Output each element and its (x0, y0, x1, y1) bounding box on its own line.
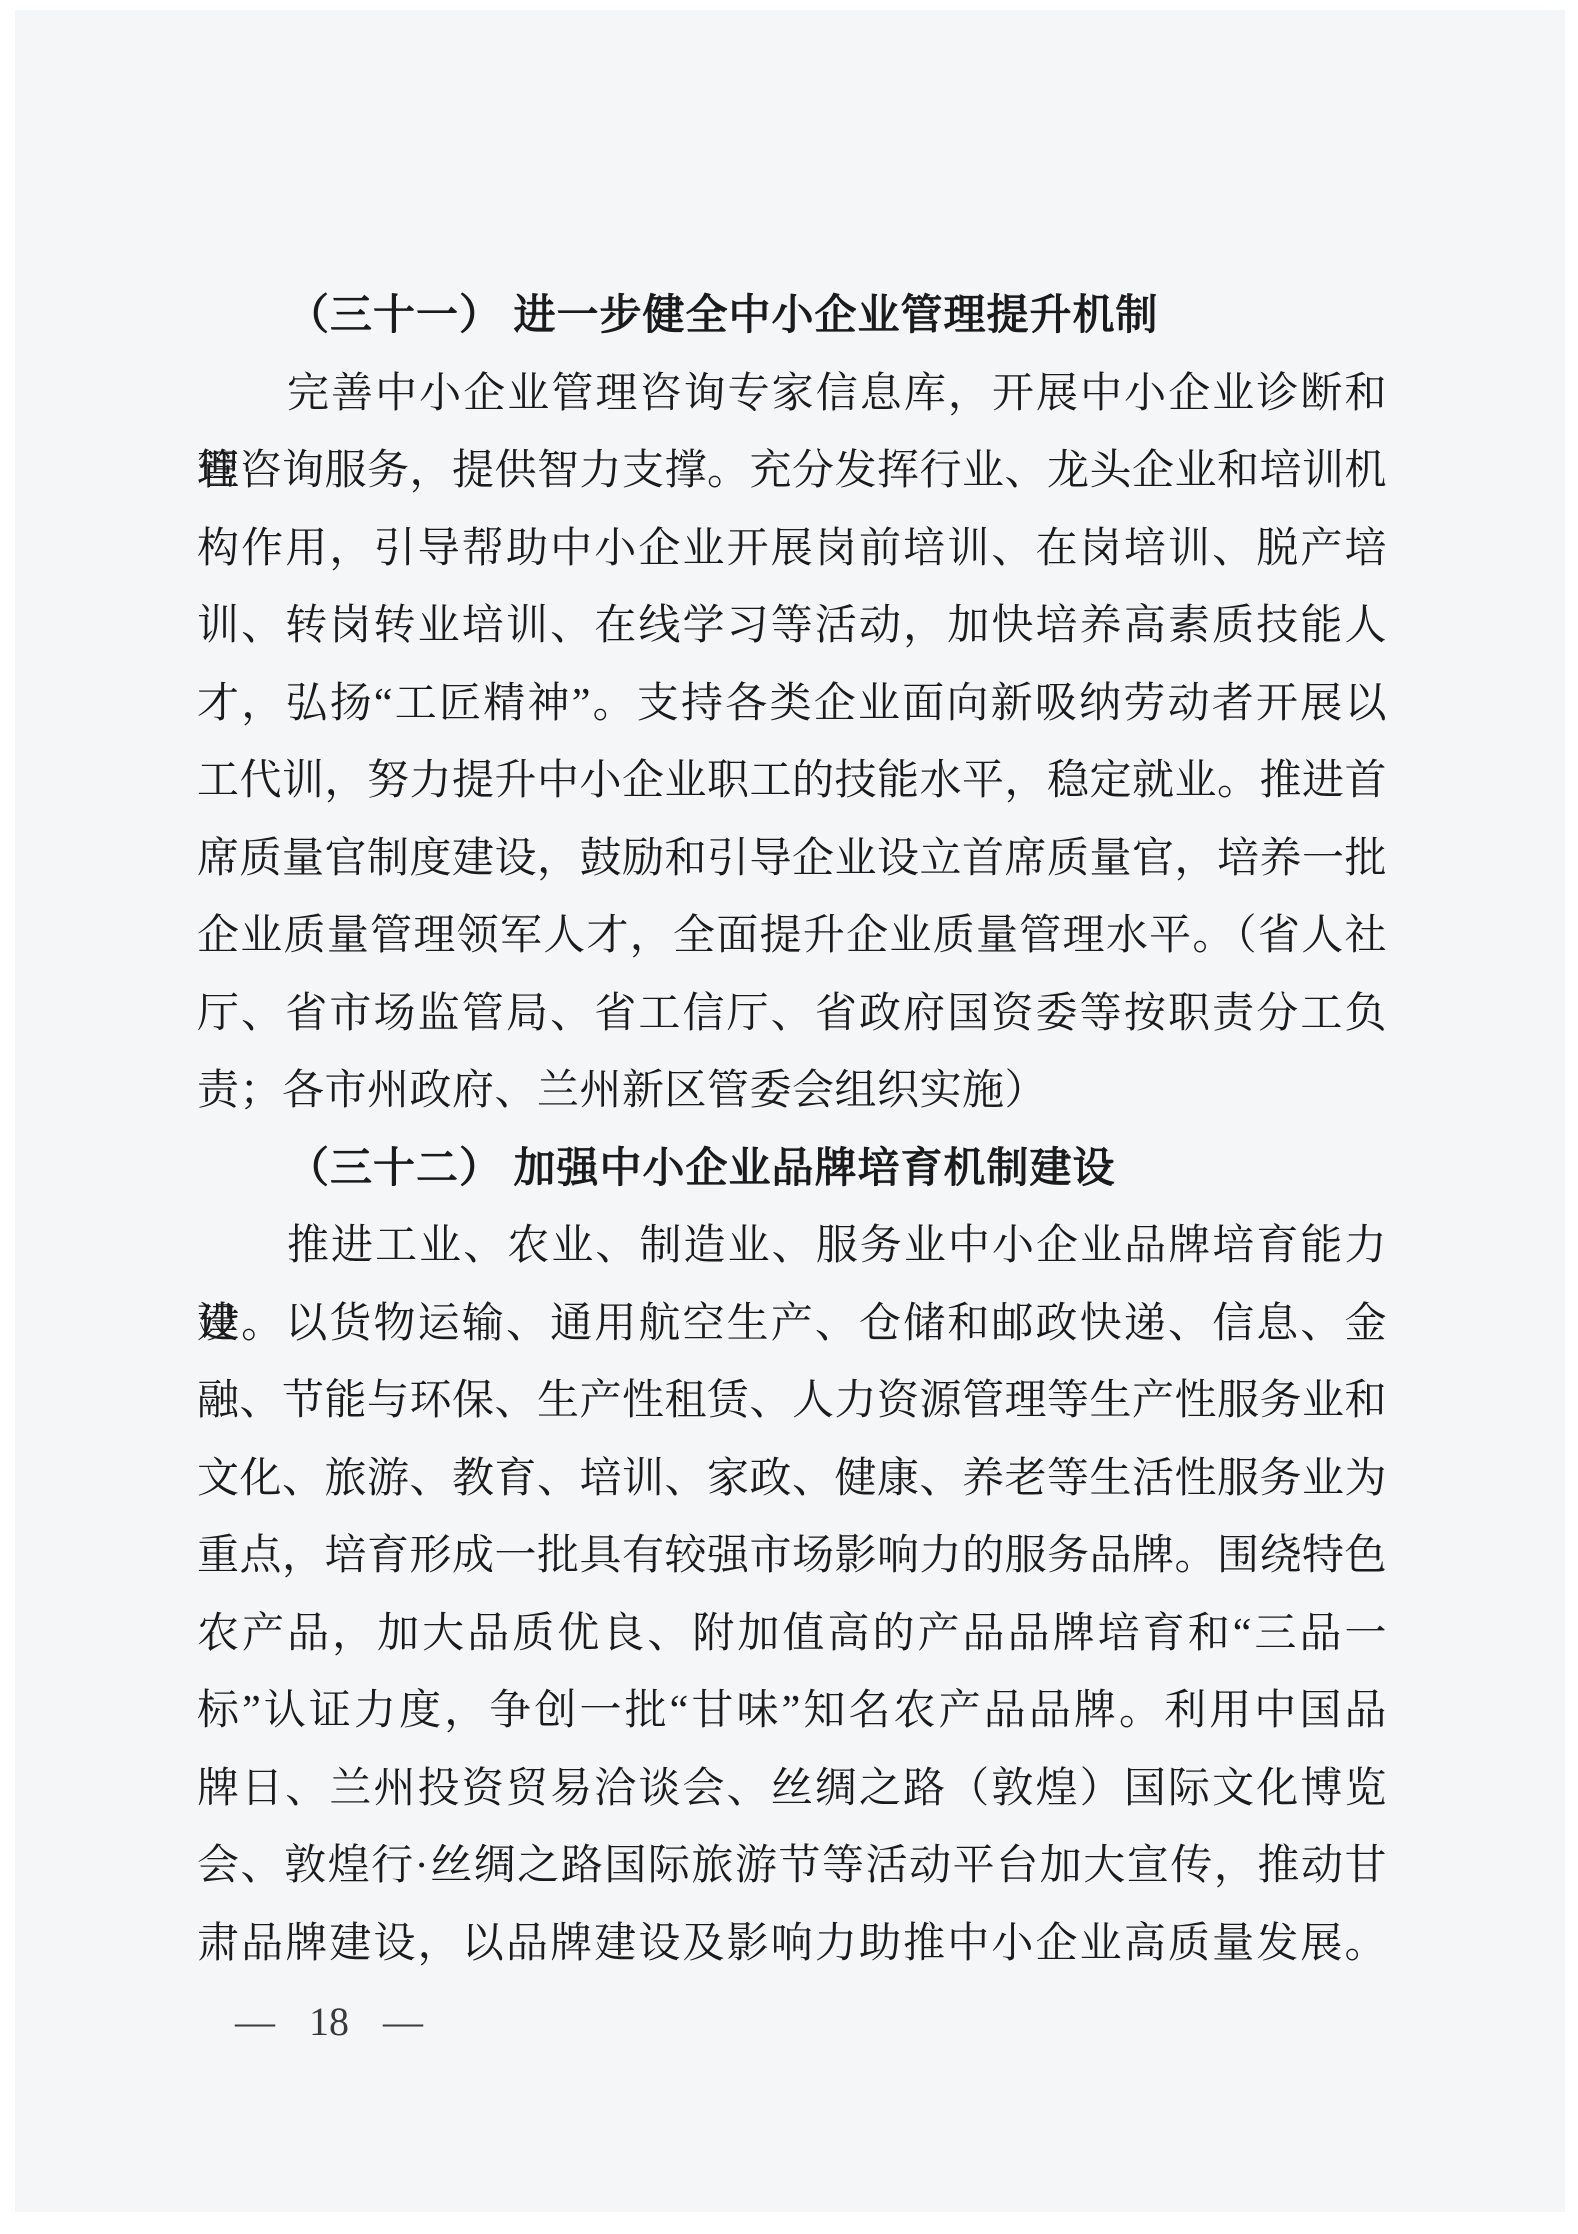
document-line: 才，弘扬“工匠精神”。支持各类企业面向新吸纳劳动者开展以 (197, 666, 1387, 744)
page-footer: — 18 — (235, 1998, 423, 2045)
section-31-heading: （三十一） 进一步健全中小企业管理提升机制 (197, 278, 1387, 356)
document-line: 设。以货物运输、通用航空生产、仓储和邮政快递、信息、金 (197, 1286, 1387, 1364)
document-page: （三十一） 进一步健全中小企业管理提升机制 完善中小企业管理咨询专家信息库，开展… (15, 10, 1565, 2212)
document-line: 重点，培育形成一批具有较强市场影响力的服务品牌。围绕特色 (197, 1518, 1387, 1596)
document-line: 席质量官制度建设，鼓励和引导企业设立首席质量官，培养一批 (197, 821, 1387, 899)
document-line: 企业质量管理领军人才，全面提升企业质量管理水平。（省人社 (197, 898, 1387, 976)
page-number: 18 (309, 1998, 349, 2045)
document-line: 农产品，加大品质优良、附加值高的产品品牌培育和“三品一 (197, 1596, 1387, 1674)
document-line: 厅、省市场监管局、省工信厅、省政府国资委等按职责分工负 (197, 976, 1387, 1054)
document-line: 工代训，努力提升中小企业职工的技能水平，稳定就业。推进首 (197, 743, 1387, 821)
document-line: 完善中小企业管理咨询专家信息库，开展中小企业诊断和管 (197, 356, 1387, 434)
document-line: 文化、旅游、教育、培训、家政、健康、养老等生活性服务业为 (197, 1441, 1387, 1519)
document-line: 会、敦煌行·丝绸之路国际旅游节等活动平台加大宣传，推动甘 (197, 1828, 1387, 1906)
footer-dash-right: — (383, 1998, 423, 2045)
footer-dash-left: — (235, 1998, 275, 2045)
document-line: 构作用，引导帮助中小企业开展岗前培训、在岗培训、脱产培 (197, 511, 1387, 589)
document-line: 标”认证力度，争创一批“甘味”知名农产品品牌。利用中国品 (197, 1673, 1387, 1751)
document-line: 训、转岗转业培训、在线学习等活动，加快培养高素质技能人 (197, 588, 1387, 666)
document-line: 理咨询服务，提供智力支撑。充分发挥行业、龙头企业和培训机 (197, 433, 1387, 511)
document-line: 融、节能与环保、生产性租赁、人力资源管理等生产性服务业和 (197, 1363, 1387, 1441)
document-line: 推进工业、农业、制造业、服务业中小企业品牌培育能力建 (197, 1208, 1387, 1286)
document-body: （三十一） 进一步健全中小企业管理提升机制 完善中小企业管理咨询专家信息库，开展… (197, 278, 1387, 1983)
document-line: 肃品牌建设，以品牌建设及影响力助推中小企业高质量发展。 (197, 1906, 1387, 1984)
section-32-heading: （三十二） 加强中小企业品牌培育机制建设 (197, 1131, 1387, 1209)
document-line: 牌日、兰州投资贸易洽谈会、丝绸之路（敦煌）国际文化博览 (197, 1751, 1387, 1829)
document-line: 责；各市州政府、兰州新区管委会组织实施） (197, 1053, 1387, 1131)
